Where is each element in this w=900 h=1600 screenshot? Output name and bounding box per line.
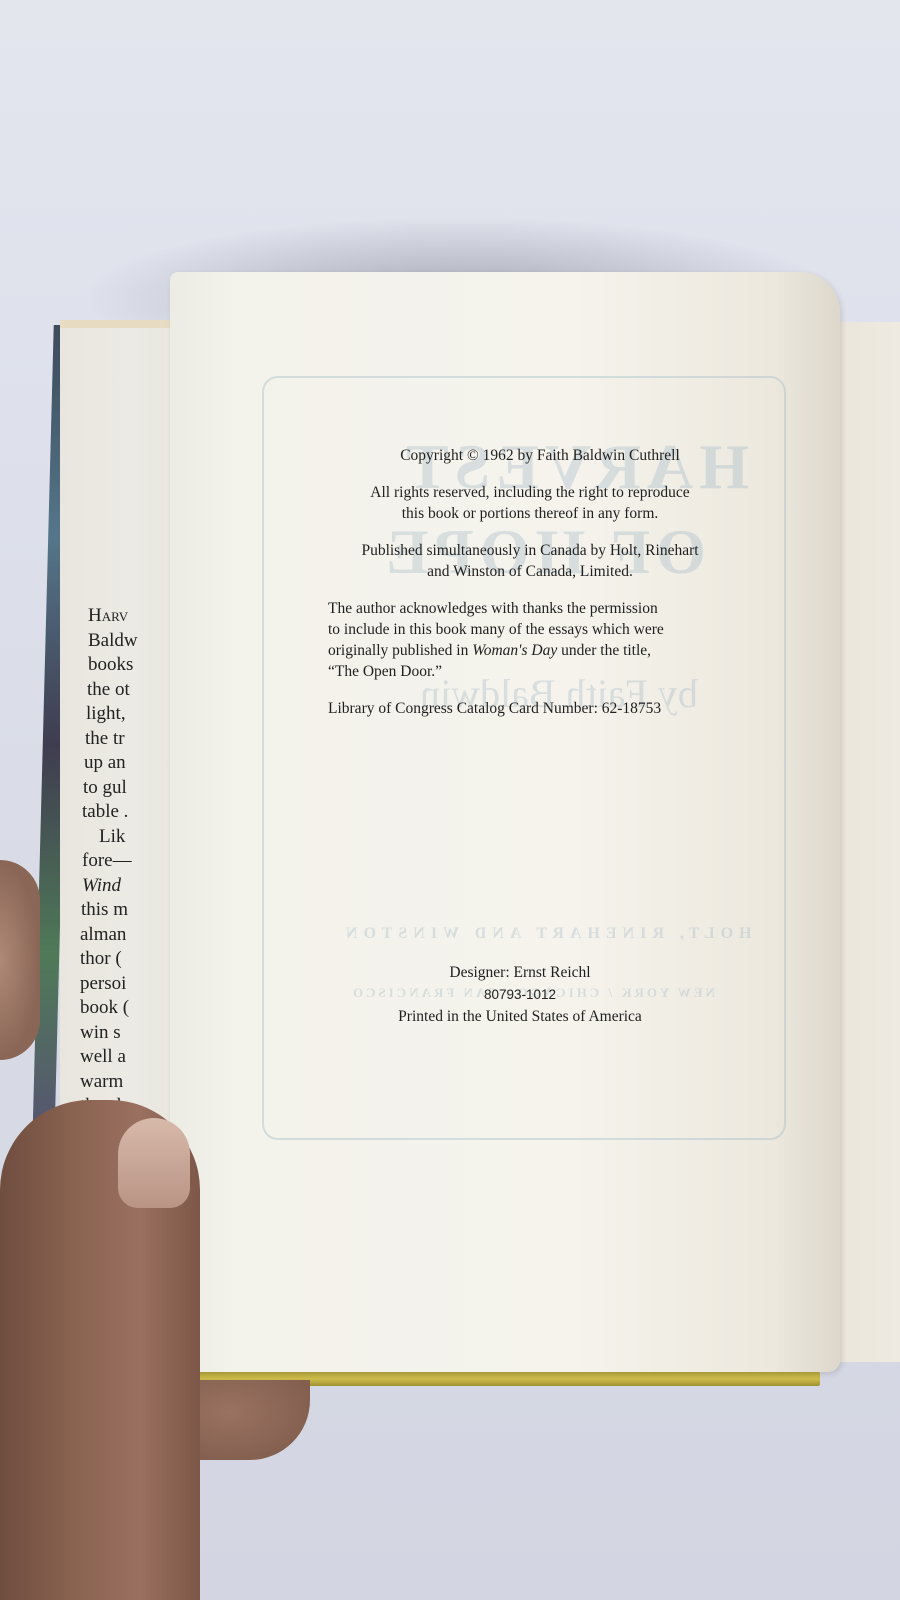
printing-code: 80793-1012 (350, 984, 690, 1006)
acknowledgment: The author acknowledges with thanks the … (320, 598, 740, 682)
bleed-through-publisher: HOLT, RINEHART AND WINSTON (340, 925, 752, 943)
copyright-line: Copyright © 1962 by Faith Baldwin Cuthre… (320, 445, 740, 466)
loc-catalog-number: Library of Congress Catalog Card Number:… (320, 698, 740, 719)
designer-credit: Designer: Ernst Reichl (350, 962, 690, 984)
canada-publication-note: Published simultaneously in Canada by Ho… (320, 540, 740, 582)
printed-in: Printed in the United States of America (350, 1006, 690, 1028)
thumbnail (118, 1118, 190, 1208)
copyright-text-block: Copyright © 1962 by Faith Baldwin Cuthre… (320, 445, 740, 735)
rights-statement: All rights reserved, including the right… (320, 482, 740, 524)
printing-info: Designer: Ernst Reichl 80793-1012 Printe… (350, 962, 690, 1028)
finger (0, 860, 40, 1060)
magazine-title: Woman's Day (472, 642, 557, 659)
